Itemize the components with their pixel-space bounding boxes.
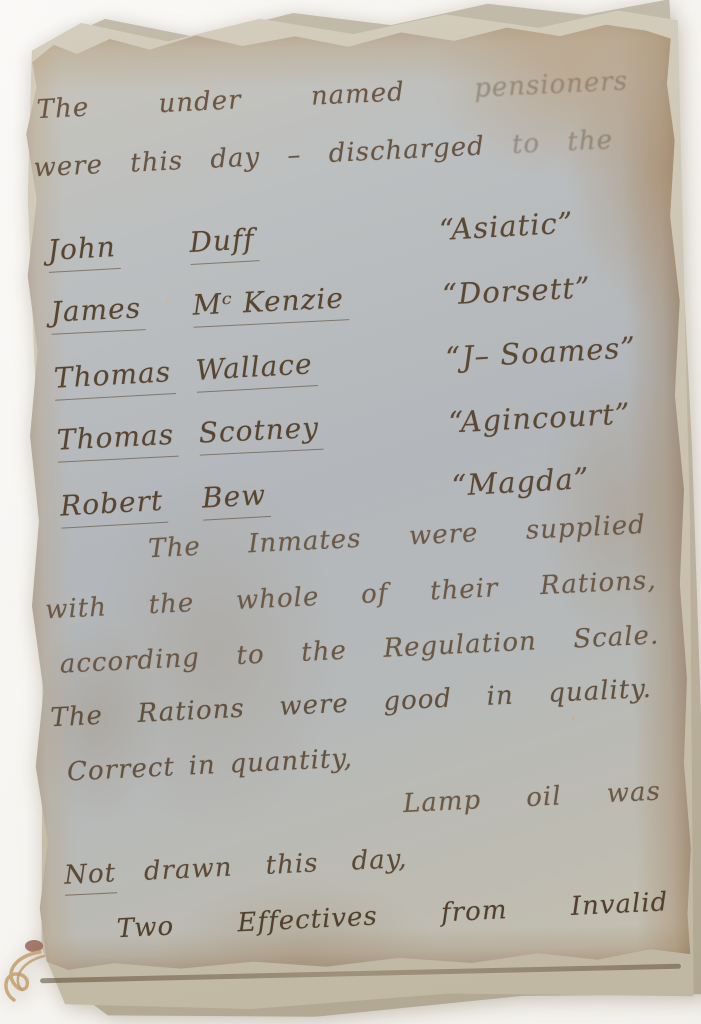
lamp-oil-line-2: Notdrawn this day,: [63, 844, 408, 891]
rations-line-4: TheRationsweregoodinquality.: [50, 674, 653, 733]
first-name: James: [50, 291, 146, 335]
rations-line-5: Correctinquantity,: [66, 744, 353, 788]
first-name: Robert: [59, 484, 168, 529]
handwritten-text: Theundernamedpensioners werethisday–disc…: [3, 8, 701, 983]
first-name: Thomas: [56, 418, 179, 463]
opening-line-2: werethisday–dischargedtothe: [33, 125, 614, 183]
lamp-oil-line-2-rest: drawn this day,: [143, 844, 408, 887]
manuscript-page: Theundernamedpensioners werethisday–disc…: [17, 18, 697, 975]
first-name: John: [47, 230, 121, 273]
lamp-oil-line-1: Lampoilwas: [402, 777, 661, 820]
discharge-list: John Duff “Asiatic” James Mᶜ Kenzie “Dor…: [46, 178, 661, 527]
rations-line-3: accordingtotheRegulationScale.: [59, 620, 660, 679]
surname: Duff: [189, 222, 260, 265]
scan-background: { "palette": { "scan_background": "#f6f4…: [0, 0, 701, 1024]
ship-name: “Asiatic”: [438, 206, 574, 251]
page-stack: Theundernamedpensioners werethisday–disc…: [0, 0, 701, 1024]
opening-line-1: Theundernamedpensioners: [36, 66, 629, 125]
rations-line-2: withthewholeoftheirRations,: [44, 565, 657, 625]
closing-line: TwoEffectivesfromInvalid: [116, 887, 669, 944]
lamp-oil-not-word: Not: [63, 858, 117, 895]
first-name: Thomas: [53, 355, 176, 401]
surname: Scotney: [198, 411, 324, 456]
surname: Bew: [201, 478, 271, 521]
ship-name: “Magda”: [451, 461, 591, 507]
surname: Wallace: [195, 347, 318, 393]
